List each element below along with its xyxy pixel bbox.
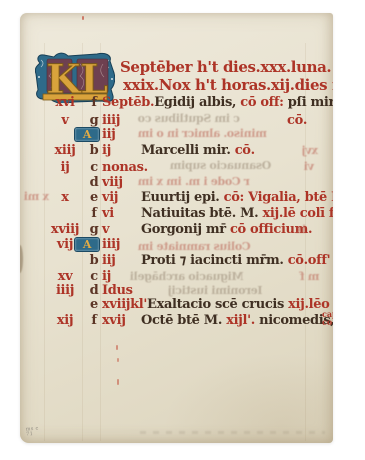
dominical-letter: c xyxy=(86,269,102,284)
day-label: xvij xyxy=(102,313,141,328)
day-label: nonas. xyxy=(102,160,148,175)
showthrough-text: r Code i m. im x im xyxy=(138,175,250,188)
day-and-feast: xvijOctē btē M. xijl'. nicomedis, m̄ cō xyxy=(102,313,333,328)
red-ink-speck xyxy=(82,16,84,20)
golden-number: xiij xyxy=(46,143,84,158)
golden-number: xvi xyxy=(46,95,84,110)
showthrough-text: miniso. almicr in o im xyxy=(138,127,267,140)
feast-text-segment: cō. xyxy=(235,143,255,158)
showthrough-text: Colius ramniate im xyxy=(138,240,251,253)
margin-stack-note: capco c xyxy=(322,311,333,326)
calendar-row: xevijEuurtij epi. cō: Vigalia, btē M. xyxy=(44,190,333,206)
gold-dominical-letter: A xyxy=(75,238,99,251)
showthrough-text: xvj xyxy=(302,144,318,157)
dominical-letter: d xyxy=(86,283,102,298)
faded-offset-smudge xyxy=(140,431,325,434)
golden-number: x xyxy=(46,190,84,205)
day-and-feast: iijProti ⁊ iacincti mr̄m. cō.off' xyxy=(102,253,333,268)
day-and-feast: vijEuurtij epi. cō: Vigalia, btē M. xyxy=(102,190,333,205)
day-label: Idus xyxy=(102,283,141,298)
calendar-row: xvifSeptēb.Egidij albis, cō off: pſi mir… xyxy=(44,95,333,111)
feast-text-segment: cō off: xyxy=(240,95,288,110)
day-label: vij xyxy=(102,190,141,205)
dominical-letter: f xyxy=(86,206,102,221)
right-margin-note: cō. xyxy=(287,113,307,128)
calendar-header-line2: xxix.Nox h't horas.xij.dies ño.xij. xyxy=(123,76,333,94)
feast-text-segment: Proti ⁊ iacincti mr̄m. xyxy=(141,253,288,268)
photographed-manuscript-scene: K L Septēber h't dies.xxx.luna. xxix.Nox… xyxy=(0,0,365,460)
red-ink-speck xyxy=(117,379,119,385)
feast-text-segment: pſi mir. xyxy=(288,95,333,110)
golden-number: xv xyxy=(46,269,84,284)
day-and-feast: viNatiuitas btē. M. xij.lē colī f. xyxy=(102,206,333,221)
feast-text-segment: Exaltacio scē crucis xyxy=(147,297,288,312)
golden-number: xij xyxy=(46,313,84,328)
day-label: vi xyxy=(102,206,141,221)
golden-number: v xyxy=(46,113,84,128)
showthrough-text: m f xyxy=(300,270,319,283)
dominical-letter: b xyxy=(86,143,102,158)
feast-text-segment: cō: Vigalia, btē M. xyxy=(224,190,333,205)
feast-text-segment: Euurtij epi. xyxy=(141,190,224,205)
calendar-row: xviijgvGorgonij mr̄ cō officium. xyxy=(44,222,333,238)
dominical-letter: e xyxy=(86,297,102,312)
day-label: iiij xyxy=(102,237,141,252)
feast-text-segment: Gorgonij mr̄ xyxy=(141,222,230,237)
showthrough-text: x mi xyxy=(24,190,49,203)
calendar-row: biijProti ⁊ iacincti mr̄m. cō.off' xyxy=(44,253,333,269)
day-label: ij xyxy=(102,143,141,158)
calendar-row: xijfxvijOctē btē M. xijl'. nicomedis, m̄… xyxy=(44,313,333,329)
day-label: viij xyxy=(102,175,141,190)
red-ink-speck xyxy=(117,358,119,362)
golden-number: ij xyxy=(46,160,84,175)
dominical-letter: f xyxy=(86,95,102,110)
calendar-row: xiijbijMarcelli mir. cō. xyxy=(44,143,333,159)
day-label: Septēb. xyxy=(102,95,154,110)
leaf-edge-notch xyxy=(20,245,23,273)
feast-text-segment: Octē btē M. xyxy=(141,313,226,328)
dominical-letter: g xyxy=(86,113,102,128)
showthrough-text: c im Squtlibus co xyxy=(138,112,240,125)
day-and-feast: xviijkl'Exaltacio scē crucis xij.lēo lcō… xyxy=(102,297,333,312)
feast-text-segment: Natiuitas btē. M. xyxy=(141,206,262,221)
day-label: iij xyxy=(102,127,141,142)
golden-number: xviij xyxy=(46,222,84,237)
dominical-letter: b xyxy=(86,253,102,268)
feast-text-segment: cō.off' xyxy=(288,253,331,268)
showthrough-text: Miguacio archāgeli xyxy=(130,270,244,283)
calendar-header-line1: Septēber h't dies.xxx.luna. xyxy=(120,58,331,76)
pencil-inventory-note: ms c 71 xyxy=(26,427,40,438)
day-label: xviijkl' xyxy=(102,297,147,312)
showthrough-text: Ieronimi iusticij xyxy=(168,284,263,297)
dominical-letter: d xyxy=(86,175,102,190)
golden-number: iiij xyxy=(46,283,84,298)
feast-text-segment: xijl'. xyxy=(226,313,259,328)
calendar-row: exviijkl'Exaltacio scē crucis xij.lēo lc… xyxy=(44,297,333,313)
showthrough-text: vi xyxy=(304,160,314,173)
manuscript-leaf: K L Septēber h't dies.xxx.luna. xxix.Nox… xyxy=(20,13,333,443)
showthrough-text: Osanuacio supim xyxy=(170,159,271,172)
day-label: iij xyxy=(102,253,141,268)
day-and-feast: ijMarcelli mir. cō. xyxy=(102,143,333,158)
showthrough-text: ix xyxy=(296,223,306,236)
dominical-letter: e xyxy=(86,190,102,205)
day-label: iiij xyxy=(102,113,141,128)
gold-dominical-letter: A xyxy=(75,128,99,141)
dominical-letter: c xyxy=(86,160,102,175)
parchment-stain xyxy=(163,353,333,443)
dominical-letter: g xyxy=(86,222,102,237)
day-and-feast: Septēb.Egidij albis, cō off: pſi mir. xyxy=(102,95,333,110)
feast-text-segment: xij.lē colī f. xyxy=(262,206,333,221)
feast-text-segment: Egidij albis, xyxy=(154,95,240,110)
day-label: v xyxy=(102,222,141,237)
red-ink-speck xyxy=(116,345,118,350)
feast-text-segment: Marcelli mir. xyxy=(141,143,235,158)
dominical-letter: f xyxy=(86,313,102,328)
calendar-row: fviNatiuitas btē. M. xij.lē colī f. xyxy=(44,206,333,222)
